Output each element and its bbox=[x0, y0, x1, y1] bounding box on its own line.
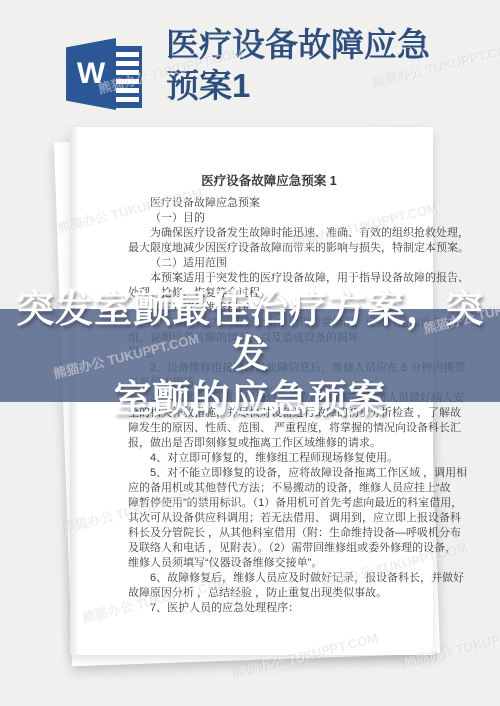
overlay-banner-line1: 突发室颤最佳治疗方案，突发 bbox=[0, 288, 500, 378]
doc-line: 4、对立即可修复的，维修组工程师现场修复使用。 bbox=[128, 451, 414, 466]
preview-canvas: W 医疗设备故障应急 预案1 医疗设备故障应急预案 1 医疗设备故障应急预案（一… bbox=[0, 0, 500, 706]
word-icon-panel: W bbox=[66, 38, 116, 110]
doc-line: 应的备用机或其他替代方法；不易搬动的设备，维修人员应挂上“故 bbox=[128, 481, 414, 496]
doc-line: 为确保医疗设备发生故障时能迅速、准确、有效的组织抢救处理， bbox=[128, 226, 414, 241]
doc-line: 本预案适用于突发性的医疗设备故障，用于指导设备故障的报告、 bbox=[128, 271, 414, 286]
doc-line: 7、医护人员的应急处理程序： bbox=[128, 601, 414, 616]
doc-line: 其次可从设备供应科调用；若无法借用、 调用到，应立即上报设备科 bbox=[128, 511, 414, 526]
word-icon-letter: W bbox=[77, 59, 105, 89]
doc-line: 障暂停使用”的禁用标识。（1）备用机可首先考虑向最近的科室借用， bbox=[128, 496, 414, 511]
page-title: 医疗设备故障应急 预案1 bbox=[166, 24, 486, 106]
doc-line: （二）适用范围 bbox=[128, 256, 414, 271]
doc-line: 报，做出是否即刻修复或拖离工作区域维修的请求。 bbox=[128, 436, 414, 451]
doc-line: 及联络人和电话 ，见附表）。（2）需带回维修组或委外修理的设备， bbox=[128, 541, 414, 556]
overlay-banner-line2: 室颤的应急预案 bbox=[0, 378, 500, 423]
doc-line: 故障原因分析 ，总结经验 ，防止重复出现类似事故。 bbox=[128, 586, 414, 601]
document-heading: 医疗设备故障应急预案 1 bbox=[128, 171, 410, 189]
doc-line: 最大限度地减少因医疗设备故障而带来的影响与损失，特制定本预案。 bbox=[128, 241, 414, 256]
doc-line: 科长及分管院长 ，从其他科室借用（附：生命维持设备—呼吸机分布 bbox=[128, 526, 414, 541]
page-title-line1: 医疗设备故障应急 bbox=[166, 24, 486, 65]
doc-line: 医疗设备故障应急预案 bbox=[128, 196, 414, 211]
header: W 医疗设备故障应急 预案1 bbox=[0, 0, 500, 127]
doc-line: （一）目的 bbox=[128, 211, 414, 226]
page-title-line2: 预案1 bbox=[166, 65, 486, 106]
word-file-icon: W bbox=[66, 38, 144, 110]
doc-line: 5、对不能立即修复的设备，应将故障设备拖离工作区域 ，调用相 bbox=[128, 466, 414, 481]
overlay-banner: 突发室颤最佳治疗方案，突发 室颤的应急预案 bbox=[0, 309, 500, 402]
doc-line: 维修人员须填写“仪器设备维修交接单”。 bbox=[128, 556, 414, 571]
doc-line: 6、故障修复后，维修人员应及时做好记录，报设备科长，并做好 bbox=[128, 571, 414, 586]
doc-line: 障发生的原因、性质、范围、 严重程度，将掌握的情况向设备科长汇 bbox=[128, 421, 414, 436]
